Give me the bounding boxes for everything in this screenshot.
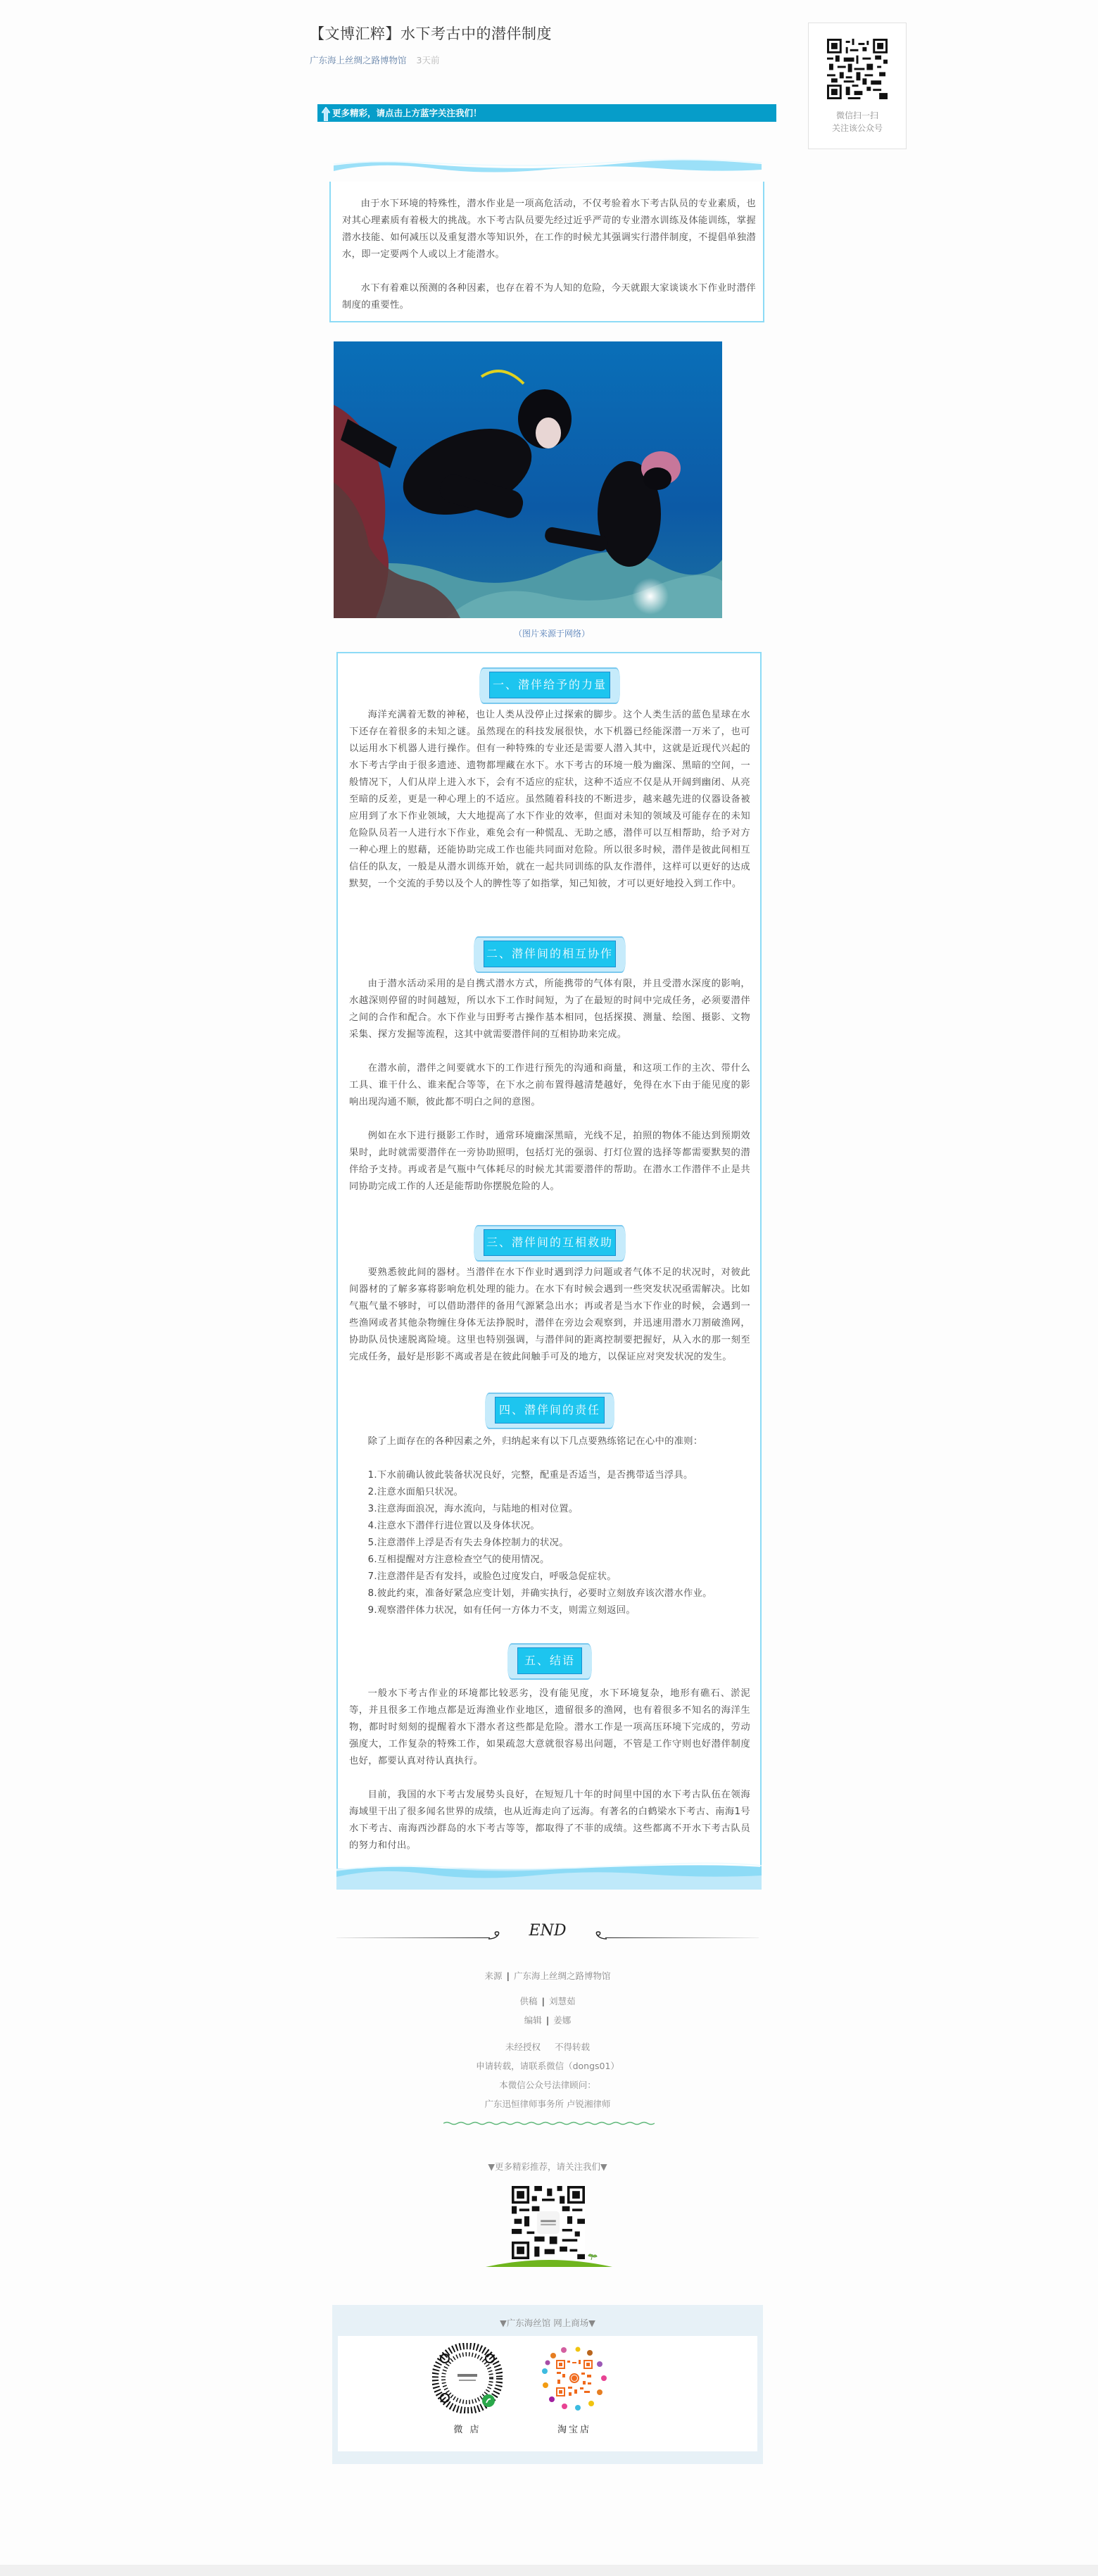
credit-label: 供稿 (519, 1996, 537, 2006)
section-heading: 二、潜伴间的相互协作 (474, 936, 626, 972)
section-2: 二、潜伴间的相互协作 由于潜水活动采用的是自携式潜水方式，所能携带的气体有限，并… (349, 936, 750, 1195)
wave-divider-bottom (336, 1861, 762, 1890)
taobao-qr-code-icon (539, 2343, 610, 2413)
publish-time: 3天前 (417, 55, 440, 65)
page-bottom-bar (0, 2565, 1098, 2576)
section-paragraph: 海洋充满着无数的神秘，也让人类从没停止过探索的脚步。这个人类生活的蓝色星球在水下… (349, 707, 750, 893)
online-shop-panel: ▼广东海丝馆 网上商场▼ 微 店 (332, 2305, 763, 2464)
article-title: 【文博汇粹】水下考古中的潜伴制度 (310, 23, 552, 44)
intro-paragraph: 由于水下环境的特殊性，潜水作业是一项高危活动，不仅考验着水下考古队员的专业素质，… (342, 196, 756, 263)
credit-separator: | (546, 2015, 550, 2025)
section-heading: 四、潜伴间的责任 (485, 1393, 614, 1428)
qr-code-icon (827, 39, 888, 99)
list-item: 7.注意潜伴是否有发抖，或脸色过度发白，呼吸急促症状。 (349, 1569, 750, 1585)
credit-editor: 编辑|姜娜 (336, 2013, 759, 2026)
article-body-box: 一、潜伴给予的力量 海洋充满着无数的神秘，也让人类从没停止过探索的脚步。这个人类… (336, 652, 762, 1878)
section-heading: 一、潜伴给予的力量 (479, 667, 620, 703)
credit-value: 姜娜 (553, 2015, 571, 2025)
section-5: 五、结语 一般水下考古作业的环境都比较恶劣，没有能见度，水下环境复杂，地形有礁石… (349, 1643, 750, 1854)
section-1: 一、潜伴给予的力量 海洋充满着无数的神秘，也让人类从没停止过探索的脚步。这个人类… (349, 667, 750, 893)
credit-label: 编辑 (524, 2015, 542, 2025)
section-paragraph: 要熟悉彼此间的器材。当潜伴在水下作业时遇到浮力问题或者气体不足的状况时，对彼此间… (349, 1264, 750, 1366)
follow-banner: 更多精彩，请点击上方蓝字关注我们！ (317, 104, 776, 122)
section-heading: 三、潜伴间的互相救助 (474, 1225, 626, 1260)
swirl-icon-left (487, 1930, 504, 1940)
photo-caption: （图片来源于网络） (334, 627, 770, 639)
section-heading-text: 一、潜伴给予的力量 (489, 672, 610, 698)
shop-item-weidian[interactable]: 微 店 (431, 2343, 504, 2435)
mini-program-code-icon (432, 2343, 503, 2413)
follow-banner-text: 更多精彩，请点击上方蓝字关注我们！ (332, 108, 482, 118)
up-arrow-icon (322, 107, 330, 121)
credit-label: 来源 (484, 1971, 502, 1981)
section-paragraph: 目前，我国的水下考古发展势头良好，在短短几十年的时间里中国的水下考古队伍在领海海… (349, 1787, 750, 1854)
section-heading-text: 三、潜伴间的互相救助 (484, 1229, 616, 1256)
section-3: 三、潜伴间的互相救助 要熟悉彼此间的器材。当潜伴在水下作业时遇到浮力问题或者气体… (349, 1225, 750, 1366)
list-item: 9.观察潜伴体力状况，如有任何一方体力不支，则需立刻返回。 (349, 1602, 750, 1619)
section-heading-text: 二、潜伴间的相互协作 (484, 941, 616, 967)
section-heading-text: 五、结语 (517, 1647, 582, 1674)
intro-paragraph: 水下有着难以预测的各种因素，也存在着不为人知的危险，今天就跟大家谈谈水下作业时潜… (342, 280, 756, 314)
legal-advisor-label: 本微信公众号法律顾问： (336, 2078, 759, 2091)
vine-divider (443, 2121, 655, 2125)
copyright-text: 未经授权 (505, 2042, 541, 2052)
shop-item-name: 微 店 (431, 2422, 504, 2435)
author-link[interactable]: 广东海上丝绸之路博物馆 (310, 55, 407, 65)
list-item: 2.注意水面船只状况。 (349, 1484, 750, 1501)
intro-box: 由于水下环境的特殊性，潜水作业是一项高危活动，不仅考验着水下考古队员的专业素质，… (329, 182, 764, 322)
credit-source: 来源|广东海上丝绸之路博物馆 (336, 1969, 759, 1982)
qr-caption-line1: 微信扫一扫 (809, 109, 906, 122)
credit-separator: | (506, 1971, 510, 1981)
qr-code-icon[interactable] (512, 2186, 585, 2259)
qr-caption-line2: 关注该公众号 (809, 122, 906, 134)
shop-item-taobao[interactable]: 淘宝店 (538, 2343, 611, 2435)
swirl-icon-right (591, 1930, 608, 1940)
list-item: 1.下水前确认彼此装备状况良好，完整，配重是否适当，是否携带适当浮具。 (349, 1467, 750, 1484)
section-paragraph: 由于潜水活动采用的是自携式潜水方式，所能携带的气体有限，并且受潜水深度的影响，水… (349, 976, 750, 1043)
section-4: 四、潜伴间的责任 除了上面存在的各种因素之外，归纳起来有以下几点要熟练铭记在心中… (349, 1393, 750, 1619)
shop-item-name: 淘宝店 (538, 2422, 611, 2435)
credit-value: 刘慧茹 (549, 1996, 576, 2006)
wave-divider-top (334, 158, 762, 174)
credit-contributor: 供稿|刘慧茹 (336, 1994, 759, 2007)
credit-value: 广东海上丝绸之路博物馆 (514, 1971, 611, 1981)
copyright-notice: 未经授权不得转载 (336, 2040, 759, 2053)
list-item: 8.彼此约束，准备好紧急应变计划，并确实执行，必要时立刻放弃该次潜水作业。 (349, 1585, 750, 1602)
diver-photo (334, 341, 722, 618)
follow-qr-card: 微信扫一扫 关注该公众号 (808, 23, 907, 149)
shop-label: ▼广东海丝馆 网上商场▼ (332, 2305, 763, 2329)
article-meta: 广东海上丝绸之路博物馆 3天前 (310, 54, 439, 66)
reprint-contact: 申请转载，请联系微信（dongs01） (336, 2059, 759, 2072)
section-heading: 五、结语 (507, 1643, 592, 1678)
section-intro: 除了上面存在的各种因素之外，归纳起来有以下几点要熟练铭记在心中的准则： (349, 1433, 750, 1450)
end-divider: END (336, 1922, 759, 1950)
shop-codes: 微 店 (338, 2336, 757, 2451)
list-item: 4.注意水下潜伴行进位置以及身体状况。 (349, 1518, 750, 1535)
list-item: 6.互相提醒对方注意检查空气的使用情况。 (349, 1552, 750, 1569)
section-heading-text: 四、潜伴间的责任 (495, 1397, 605, 1424)
divider-line-left (336, 1937, 490, 1938)
credit-separator: | (541, 1996, 545, 2006)
end-label: END (512, 1922, 583, 1940)
recommend-label: ▼更多精彩推荐，请关注我们▼ (336, 2160, 759, 2173)
section-paragraph: 例如在水下进行摄影工作时，通常环境幽深黑暗，光线不足，拍照的物体不能达到预期效果… (349, 1128, 750, 1195)
divider-line-right (605, 1937, 759, 1938)
legal-advisor-name: 广东迅恒律师事务所 卢锐湘律师 (336, 2097, 759, 2110)
copyright-text: 不得转载 (555, 2042, 590, 2052)
section-paragraph: 在潜水前，潜伴之间要就水下的工作进行预先的沟通和商量，和这项工作的主次、带什么工… (349, 1060, 750, 1111)
list-item: 3.注意海面浪况，海水流向，与陆地的相对位置。 (349, 1501, 750, 1518)
grass-hill-decoration (486, 2253, 612, 2267)
section-paragraph: 一般水下考古作业的环境都比较恶劣，没有能见度，水下环境复杂，地形有礁石、淤泥等，… (349, 1685, 750, 1770)
list-item: 5.注意潜伴上浮是否有失去身体控制力的状况。 (349, 1535, 750, 1552)
